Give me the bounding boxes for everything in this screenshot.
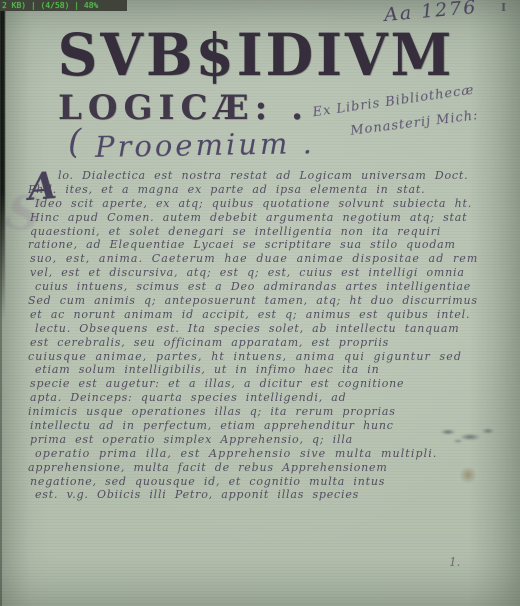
image-viewer-canvas[interactable]: 2 KB) | (4/58) | 48% Aa 1276 I SVB$IDIVM… [0, 0, 520, 606]
body-line: suo, est, anima. Caeterum hae duae anima… [30, 252, 482, 266]
ink-smudge [436, 424, 500, 448]
body-line: Sed cum animis q; anteposuerunt tamen, a… [28, 294, 482, 308]
page-number: 1. [449, 555, 460, 569]
body-line: Phil. ites, et a magna ex parte ad ipsa … [28, 183, 482, 197]
body-line: et ac norunt animam id accipit, est q; a… [30, 308, 482, 322]
body-line: negatione, sed quousque id, et cognitio … [30, 475, 482, 489]
manuscript-subtitle: LOGICÆ: . [58, 88, 309, 128]
body-line: quaestioni, et solet denegari se intelli… [30, 225, 482, 239]
folio-mark: I [501, 1, 506, 14]
body-line: lectu. Obsequens est. Ita species solet,… [35, 322, 482, 336]
paper-stain [460, 466, 476, 484]
body-line: lo. Dialectica est nostra restat ad Logi… [30, 169, 482, 183]
body-line: ratione, ad Elequentiae Lycaei se script… [28, 238, 482, 252]
body-line: cuiusque animae, partes, ht intuens, ani… [28, 350, 482, 364]
body-line: Ideo scit aperte, ex atq; quibus quotati… [35, 197, 482, 211]
body-line: Hinc apud Comen. autem debebit argumenta… [30, 211, 482, 225]
body-line: apprehensione, multa facit de rebus Appr… [28, 461, 482, 475]
section-heading: Prooemium . [95, 126, 315, 164]
manuscript-body: lo. Dialectica est nostra restat ad Logi… [30, 169, 482, 502]
ex-libris-line-2: Monasterij Mich: [350, 108, 480, 139]
body-line: inimicis usque operationes illas q; ita … [28, 405, 482, 419]
viewer-status-bar: 2 KB) | (4/58) | 48% [0, 0, 127, 11]
body-line: prima est operatio simplex Apprehensio, … [30, 433, 482, 447]
body-line: intellectu ad in perfectum, etiam appreh… [30, 419, 482, 433]
body-line: est cerebralis, seu officinam apparatam,… [30, 336, 482, 350]
page-left-edge-line [0, 0, 2, 606]
viewer-status-text: 2 KB) | (4/58) | 48% [2, 1, 98, 10]
body-line: operatio prima illa, est Apprehensio siv… [35, 447, 482, 461]
body-line: apta. Deinceps: quarta species intellige… [30, 391, 482, 405]
body-line: etiam solum intelligibilis, ut in infimo… [35, 363, 482, 377]
body-line: cuius intuens, scimus est a Deo admirand… [35, 280, 482, 294]
heading-flourish: ( [68, 122, 81, 162]
body-line: specie est augetur: et a illas, a dicitu… [30, 377, 482, 391]
body-line: est. v.g. Obiicis illi Petro, apponit il… [35, 488, 482, 502]
body-line: vel, est et discursiva, atq; est q; est,… [30, 266, 482, 280]
manuscript-title: SVB$IDIVM [26, 20, 486, 88]
